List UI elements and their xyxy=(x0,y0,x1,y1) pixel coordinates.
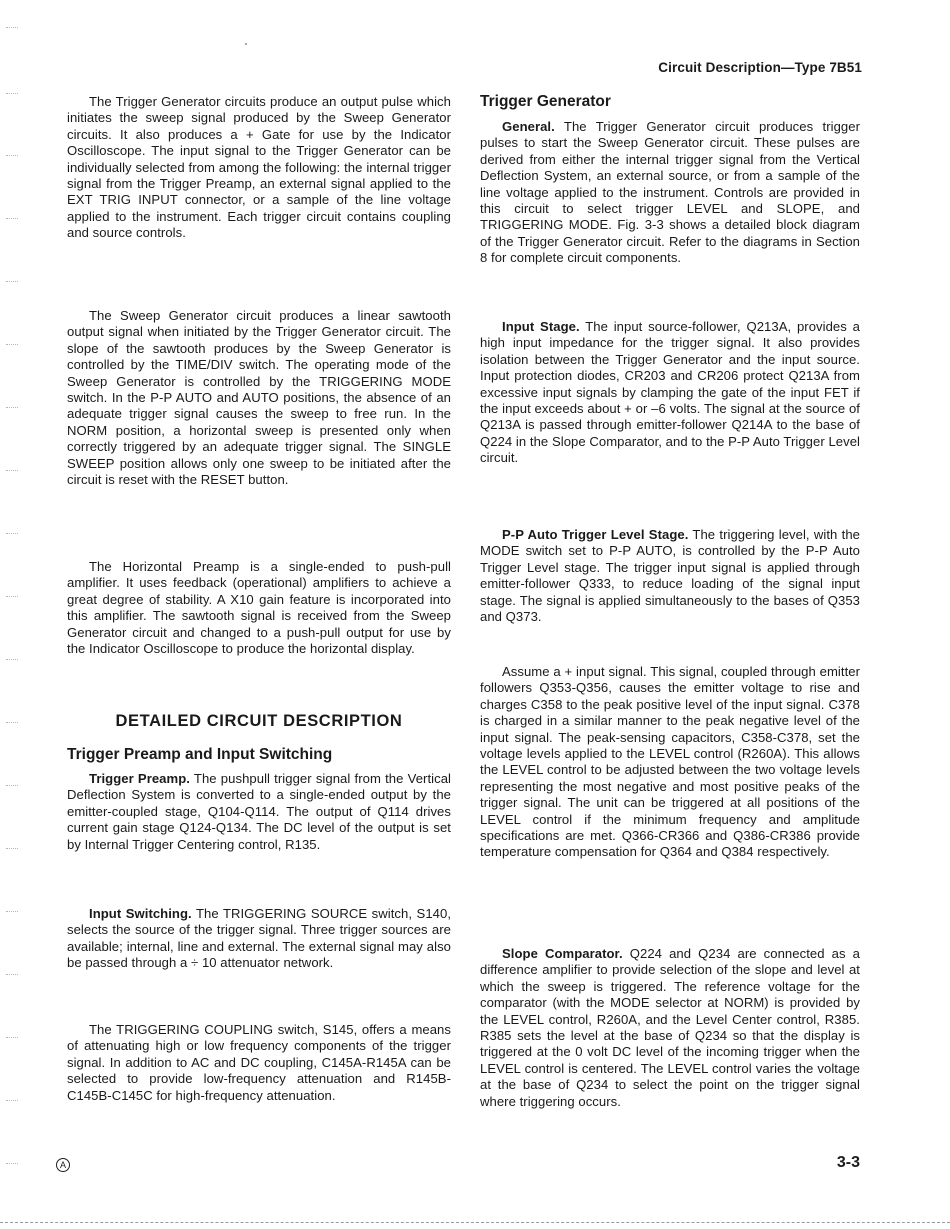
right-column: Trigger Generator General. The Trigger G… xyxy=(480,0,860,1229)
pp-auto-trigger-level-paragraph: P-P Auto Trigger Level Stage. The trigge… xyxy=(480,527,860,625)
run-in-heading: Trigger Preamp. xyxy=(89,771,190,786)
section-title: DETAILED CIRCUIT DESCRIPTION xyxy=(67,712,451,731)
input-switching-paragraph: Input Switching. The TRIGGERING SOURCE s… xyxy=(67,906,451,972)
revision-mark: A xyxy=(56,1157,70,1172)
slope-comparator-paragraph: Slope Comparator. Q224 and Q234 are conn… xyxy=(480,946,860,1110)
trigger-generator-overview: The Trigger Generator circuits produce a… xyxy=(67,94,451,242)
trigger-generator-heading: Trigger Generator xyxy=(480,93,611,111)
scan-edge-line xyxy=(0,1222,950,1224)
run-in-heading: Slope Comparator. xyxy=(502,946,623,961)
page-number: 3-3 xyxy=(837,1154,860,1172)
binding-margin-marks xyxy=(2,0,22,1229)
trigger-preamp-paragraph: Trigger Preamp. The pushpull trigger sig… xyxy=(67,771,451,853)
assume-input-paragraph: Assume a + input signal. This signal, co… xyxy=(480,664,860,861)
run-in-heading: Input Switching. xyxy=(89,906,192,921)
run-in-heading: Input Stage. xyxy=(502,319,580,334)
sweep-generator-overview: The Sweep Generator circuit produces a l… xyxy=(67,308,451,488)
subsection-title: Trigger Preamp and Input Switching xyxy=(67,746,332,764)
run-in-heading: P-P Auto Trigger Level Stage. xyxy=(502,527,688,542)
general-paragraph: General. The Trigger Generator circuit p… xyxy=(480,119,860,267)
horizontal-preamp-overview: The Horizontal Preamp is a single-ended … xyxy=(67,559,451,657)
input-stage-paragraph: Input Stage. The input source-follower, … xyxy=(480,319,860,467)
run-in-heading: General. xyxy=(502,119,555,134)
circled-a-icon: A xyxy=(56,1158,70,1172)
manual-page: Circuit Description—Type 7B51 The Trigge… xyxy=(0,0,950,1229)
triggering-coupling-paragraph: The TRIGGERING COUPLING switch, S145, of… xyxy=(67,1022,451,1104)
left-column: The Trigger Generator circuits produce a… xyxy=(67,0,451,1229)
